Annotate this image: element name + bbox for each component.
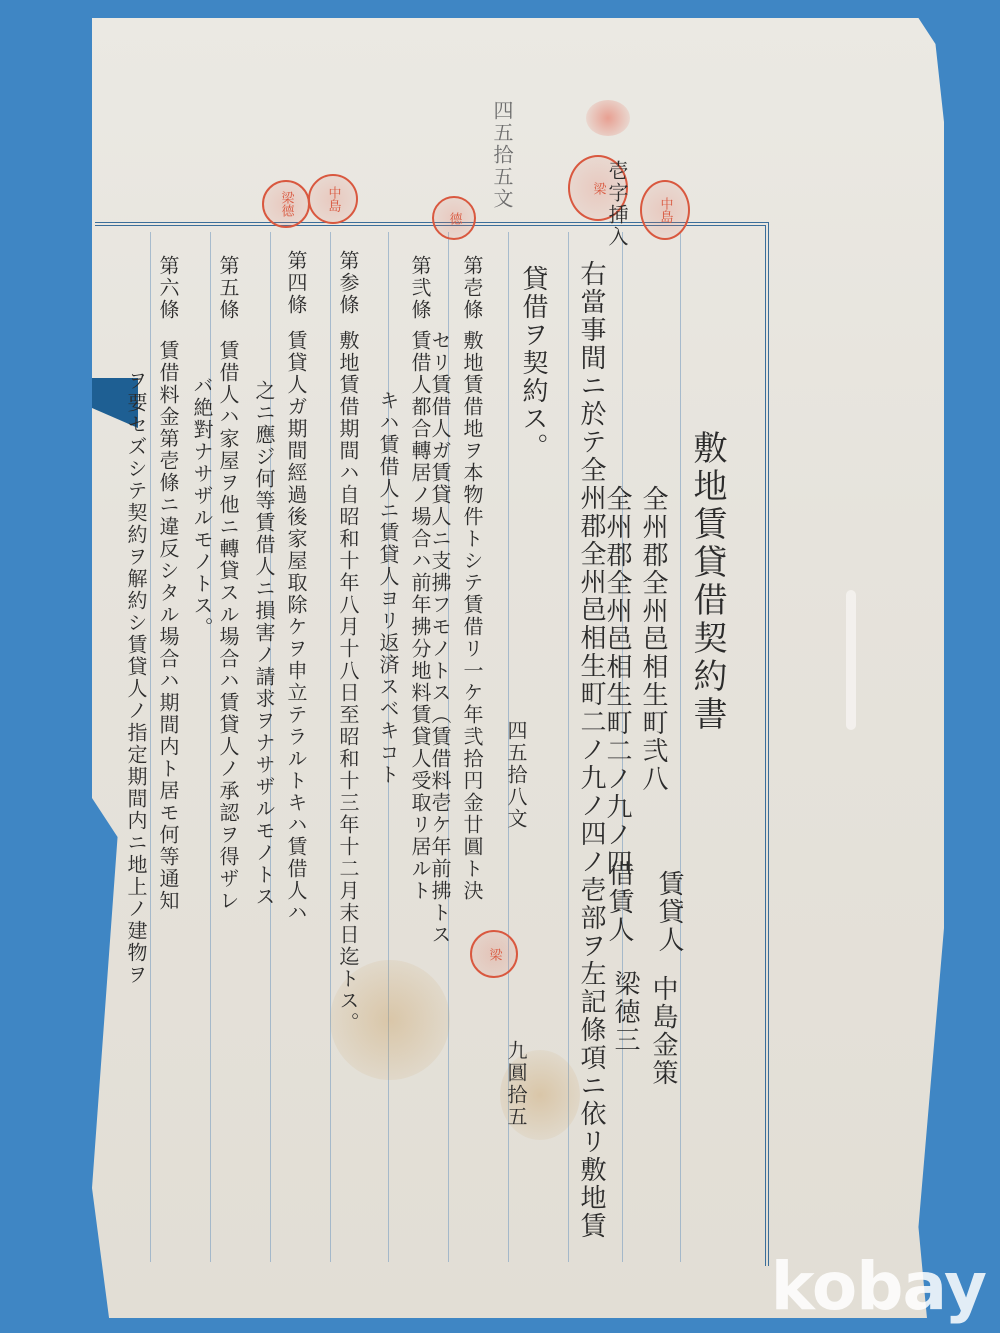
- article-5-text-cont: バ絶對ナサザルモノトス。: [192, 375, 212, 639]
- preamble-line-2: 貸借ヲ契約ス。: [520, 265, 546, 461]
- article-1-text: 敷地賃借地ヲ本物件トシテ賃借リ一ケ年弐拾円金廿圓ト決: [462, 330, 482, 902]
- preamble-line-1: 右當事間ニ於テ全州郡全州邑相生町二ノ九ノ四ノ壱部ヲ左記條項ニ依リ敷地賃: [578, 260, 604, 1240]
- seal-stamp: 中島: [308, 174, 358, 224]
- article-2-text: 賃借人都合轉居ノ場合ハ前年拂分地料賃貸人受取リ居ルト: [410, 330, 430, 902]
- article-6-text: 賃借料金第壱條ニ違反シタル場合ハ期間内ト居モ何等通知: [158, 340, 178, 912]
- article-5-text: 賃借人ハ家屋ヲ他ニ轉貸スル場合ハ賃貸人ノ承認ヲ得ザレ: [218, 340, 238, 912]
- lessee-name: 梁徳三: [612, 970, 638, 1054]
- lessee-address: 全州郡全州邑相生町二ノ九ノ四: [604, 485, 630, 877]
- insertion-note: 壱字挿入: [607, 160, 627, 248]
- seal-stamp: 德: [432, 196, 476, 240]
- lessor-name: 中島金策: [650, 975, 676, 1087]
- article-5-label: 第五條: [218, 255, 238, 321]
- seal-blot: [586, 100, 630, 136]
- article-6-label: 第六條: [158, 255, 178, 321]
- seal-stamp: 中島: [640, 180, 690, 240]
- article-6-text-cont: ヲ要セズシテ契約ヲ解約シ賃貸人ノ指定期間内ニ地上ノ建物ヲ: [126, 370, 146, 986]
- ruled-line: [330, 232, 331, 1262]
- lessee-role: 借賃人: [606, 860, 632, 944]
- ruled-line: [680, 232, 681, 1262]
- article-4-text-cont: 之ニ應ジ何等賃借人ニ損害ノ請求ヲナサザルモノトス: [254, 380, 274, 908]
- article-1-text-cont: セリ賃借人ガ賃貸人ニ支拂フモノトス（賃借料壱ケ年前拂トス: [430, 330, 450, 946]
- article-4-label: 第四條: [286, 250, 306, 316]
- article-2-text-cont: キハ賃借人ニ賃貸人ヨリ返済スベキコト: [378, 390, 398, 786]
- article-note-2: 九圓拾五: [506, 1040, 526, 1128]
- seal-stamp: 梁: [470, 930, 518, 978]
- ruled-line: [150, 232, 151, 1262]
- article-3-text: 敷地賃借期間ハ自昭和十年八月十八日至昭和十三年十二月末日迄トス。: [338, 330, 358, 1034]
- article-3-label: 第参條: [338, 250, 358, 316]
- article-2-label: 第弐條: [410, 255, 430, 321]
- article-4-text: 賃貸人ガ期間經過後家屋取除ケヲ申立テラルトキハ賃借人ハ: [286, 330, 306, 924]
- lessor-address: 全州郡全州邑相生町弐八: [640, 485, 666, 793]
- article-note-1: 四五拾八文: [506, 720, 526, 830]
- top-pencil-note: 四五拾五文: [492, 100, 512, 210]
- document-title: 敷地賃貸借契約書: [690, 430, 724, 734]
- seal-stamp: 梁德: [262, 180, 310, 228]
- paper-tear: [846, 590, 856, 730]
- lessor-role: 賃貸人: [656, 870, 682, 954]
- article-1-label: 第壱條: [462, 255, 482, 321]
- watermark-logo: kobay: [771, 1248, 986, 1325]
